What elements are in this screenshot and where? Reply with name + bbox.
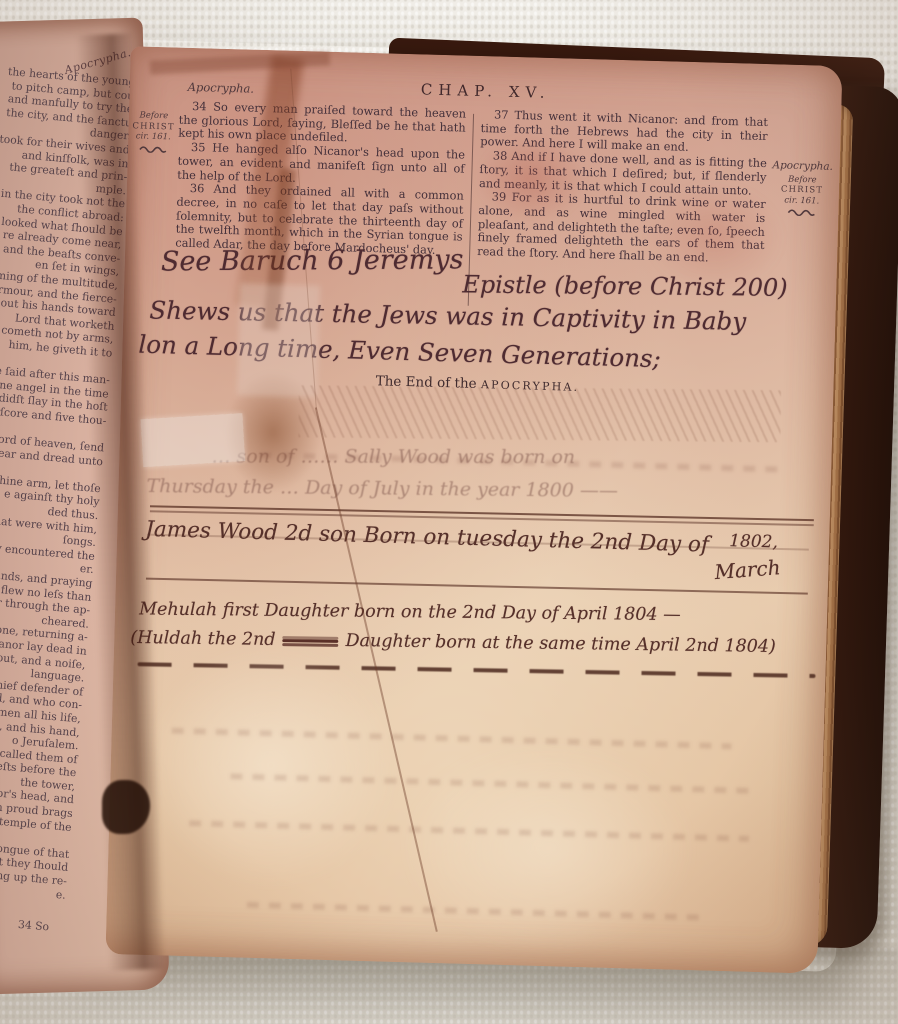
tape-repair-patch bbox=[141, 413, 246, 467]
squiggle-mark bbox=[139, 143, 167, 153]
pink-stain bbox=[474, 132, 589, 227]
record-james-wood: James Wood 2d son Born on tuesday the 2n… bbox=[145, 517, 709, 558]
crossed-out-word bbox=[283, 639, 339, 643]
pink-stain-right bbox=[642, 179, 787, 295]
faded-record-line2: Thursday the … Day of July in the year 1… bbox=[146, 475, 618, 502]
squiggle-mark bbox=[787, 207, 815, 217]
ink-showthrough-hatch bbox=[298, 385, 781, 442]
photo-of-open-antique-bible: Apocrypha. the hearts of the youngto pit… bbox=[0, 0, 898, 1024]
light-worn-patch-center bbox=[404, 742, 694, 954]
handwritten-note-line3: lon a Long time, Even Seven Generations; bbox=[138, 330, 661, 374]
printed-column-left: 34 So every man praiſed toward the heave… bbox=[175, 100, 466, 259]
record-huldah-post: Daughter born at the same time April 2nd… bbox=[345, 631, 776, 657]
record-first-daughter: Mehulah first Daughter born on the 2nd D… bbox=[139, 599, 681, 625]
record-james-wood-month: March bbox=[714, 555, 782, 584]
hand-drawn-rule bbox=[146, 578, 808, 595]
left-margin-date-note: Before CHRIST cir. 161. bbox=[130, 110, 177, 153]
margin-note-circa: cir. 161. bbox=[130, 131, 176, 143]
light-worn-patch-bottom-left bbox=[146, 645, 396, 886]
right-page: Apocrypha. CHAP. XV. Before CHRIST cir. … bbox=[105, 46, 842, 974]
margin-apocrypha-head: Apocrypha. bbox=[772, 160, 834, 172]
record-james-wood-year: 1802, bbox=[729, 531, 778, 552]
handwritten-note-line1: See Baruch 6 Jeremys bbox=[161, 244, 464, 277]
